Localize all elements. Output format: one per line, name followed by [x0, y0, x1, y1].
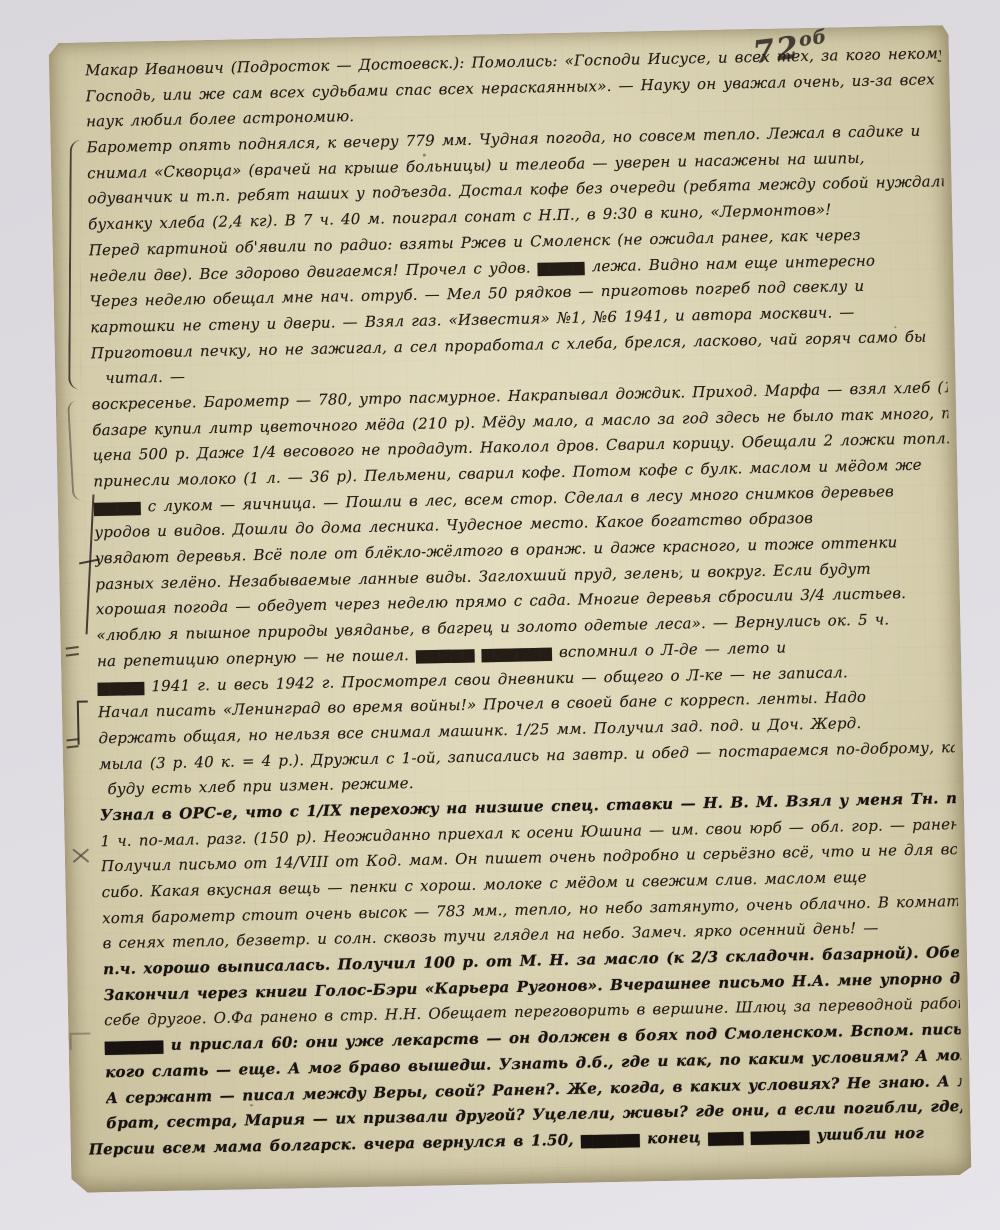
margin-bracket-entry-25	[68, 140, 82, 390]
margin-equals-mark	[66, 646, 79, 650]
manuscript-text-block: Макар Иванович (Подросток — Достоевск.):…	[85, 41, 963, 1186]
manuscript-line-text: буду есть хлеб при измен. режиме.	[107, 774, 414, 798]
margin-bracket-entry-27	[77, 700, 89, 744]
margin-brace-entry-26	[67, 400, 86, 501]
manuscript-line-text: читал. —	[105, 368, 185, 388]
margin-equals-mark	[67, 745, 79, 748]
margin-equals-mark	[66, 653, 79, 657]
margin-pencil-bracket	[69, 1033, 90, 1050]
manuscript-page: 72об Макар Иванович (Подросток — Достоев…	[49, 25, 972, 1193]
manuscript-line-text: наук любил более астрономию.	[86, 107, 354, 130]
